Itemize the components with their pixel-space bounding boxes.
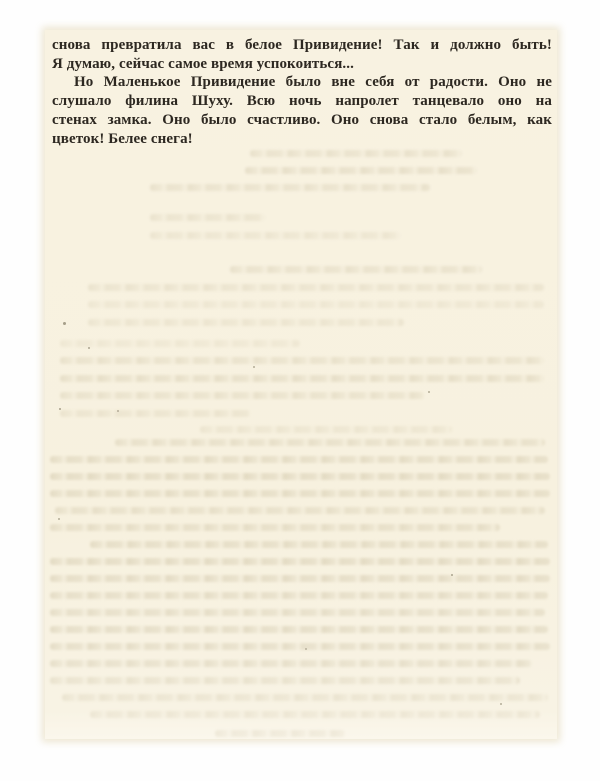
ghost-text-line <box>50 473 550 480</box>
ink-speck <box>253 366 255 368</box>
ghost-text-line <box>55 507 545 514</box>
ink-speck <box>59 408 61 410</box>
ghost-text-line <box>215 730 345 737</box>
ghost-text-line <box>50 643 550 650</box>
ghost-text-line <box>50 456 548 463</box>
ghost-text-line <box>50 575 550 582</box>
ghost-text-line <box>50 524 500 531</box>
ghost-text-line <box>50 626 548 633</box>
ghost-text-line <box>88 319 404 326</box>
ink-speck <box>88 347 90 349</box>
ink-speck <box>63 322 66 325</box>
ghost-text-line <box>150 214 265 221</box>
ghost-text-line <box>250 150 462 157</box>
text-line: стенах замка. Оно было счастливо. Оно сн… <box>52 111 552 130</box>
ghost-text-line <box>50 490 550 497</box>
text-line: снова превратила вас в белое Привидение!… <box>52 36 552 55</box>
text-line: Но Маленькое Привидение было вне себя от… <box>52 73 552 92</box>
ink-speck <box>451 574 453 576</box>
ink-speck <box>117 410 119 412</box>
ghost-text-line <box>150 232 400 239</box>
ghost-text-line <box>50 677 520 684</box>
ghost-text-line <box>60 410 250 417</box>
ghost-text-line <box>245 167 477 174</box>
ghost-text-line <box>60 357 544 364</box>
ghost-text-line <box>115 439 545 446</box>
ghost-text-line <box>50 660 532 667</box>
ghost-text-line <box>90 711 540 718</box>
text-line: Я думаю, сейчас самое время успокоиться.… <box>52 55 552 74</box>
ghost-text-line <box>50 592 548 599</box>
ghost-text-line <box>200 426 452 433</box>
ink-speck <box>500 703 502 705</box>
ghost-text-line <box>88 301 544 308</box>
ink-speck <box>58 518 60 520</box>
ghost-text-line <box>60 392 424 399</box>
printed-text-block: снова превратила вас в белое Привидение!… <box>52 36 552 148</box>
ghost-text-line <box>88 284 544 291</box>
ghost-text-line <box>60 340 300 347</box>
ghost-text-line <box>50 609 545 616</box>
book-page: снова превратила вас в белое Привидение!… <box>45 30 557 739</box>
ghost-text-line <box>230 266 482 273</box>
scanned-page-background: снова превратила вас в белое Привидение!… <box>0 0 600 781</box>
ghost-text-line <box>50 558 550 565</box>
ghost-text-line <box>62 694 548 701</box>
ghost-text-line <box>90 541 548 548</box>
ink-speck <box>305 648 307 650</box>
text-line: слушало филина Шуху. Всю ночь напролет т… <box>52 92 552 111</box>
ghost-text-line <box>60 375 544 382</box>
ghost-text-line <box>150 184 430 191</box>
text-line: цветок! Белее снега! <box>52 130 552 149</box>
ink-speck <box>428 391 430 393</box>
